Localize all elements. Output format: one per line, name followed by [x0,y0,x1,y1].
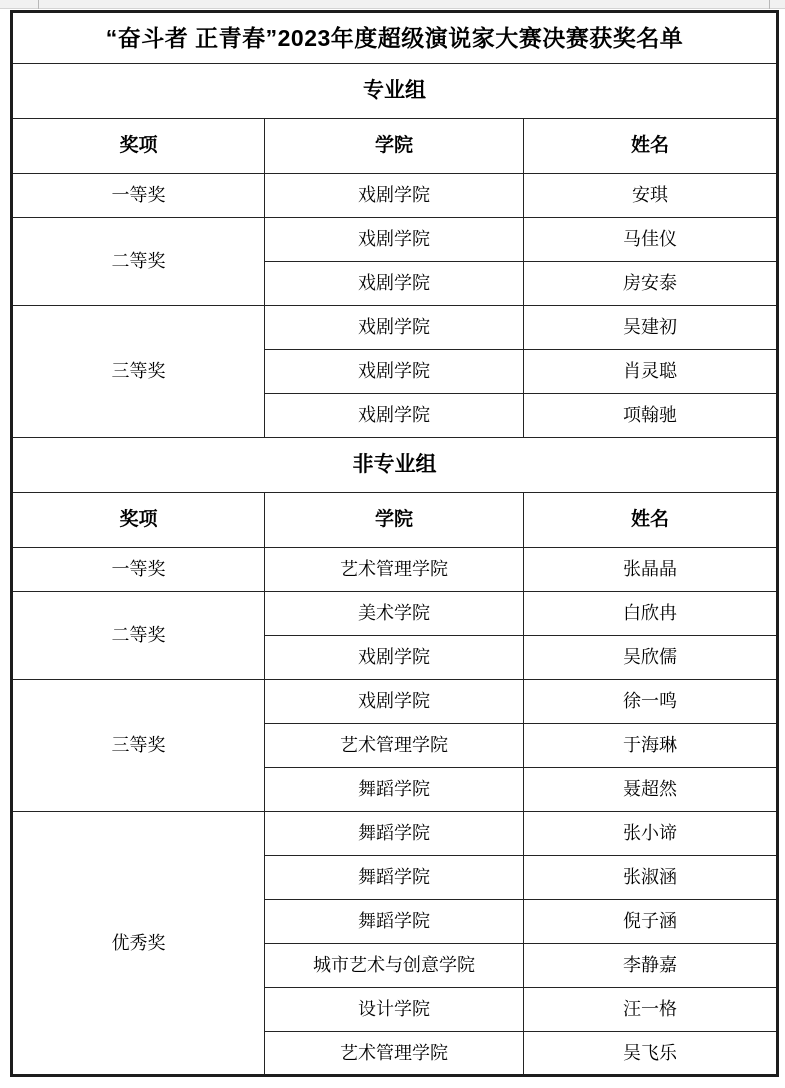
column-header-award: 奖项 [12,119,265,174]
college-cell: 美术学院 [265,592,524,636]
award-cell: 一等奖 [12,174,265,218]
college-cell: 舞蹈学院 [265,856,524,900]
award-winners-table: “奋斗者 正青春”2023年度超级演说家大赛决赛获奖名单专业组奖项学院姓名一等奖… [10,10,779,1077]
name-cell: 项翰驰 [524,394,778,438]
name-cell: 房安泰 [524,262,778,306]
column-header-name: 姓名 [524,119,778,174]
award-cell: 二等奖 [12,218,265,306]
college-cell: 戏剧学院 [265,262,524,306]
award-cell: 三等奖 [12,680,265,812]
college-cell: 舞蹈学院 [265,900,524,944]
gridline-tick [769,0,770,9]
name-cell: 肖灵聪 [524,350,778,394]
name-cell: 李静嘉 [524,944,778,988]
college-cell: 戏剧学院 [265,394,524,438]
column-header-name: 姓名 [524,493,778,548]
college-cell: 舞蹈学院 [265,812,524,856]
name-cell: 于海琳 [524,724,778,768]
college-cell: 戏剧学院 [265,350,524,394]
award-cell: 一等奖 [12,548,265,592]
table-row: 二等奖戏剧学院马佳仪 [12,218,778,262]
name-cell: 吴建初 [524,306,778,350]
table-row: 一等奖艺术管理学院张晶晶 [12,548,778,592]
college-cell: 舞蹈学院 [265,768,524,812]
document-page: “奋斗者 正青春”2023年度超级演说家大赛决赛获奖名单专业组奖项学院姓名一等奖… [0,0,785,1088]
group-title: 专业组 [12,64,778,119]
college-cell: 艺术管理学院 [265,548,524,592]
name-cell: 张小谛 [524,812,778,856]
name-cell: 张晶晶 [524,548,778,592]
name-cell: 倪子涵 [524,900,778,944]
column-header-award: 奖项 [12,493,265,548]
table-row: 二等奖美术学院白欣冉 [12,592,778,636]
table-title-row: “奋斗者 正青春”2023年度超级演说家大赛决赛获奖名单 [12,12,778,64]
award-cell: 三等奖 [12,306,265,438]
college-cell: 戏剧学院 [265,680,524,724]
college-cell: 戏剧学院 [265,306,524,350]
college-cell: 戏剧学院 [265,174,524,218]
column-header-row: 奖项学院姓名 [12,493,778,548]
name-cell: 安琪 [524,174,778,218]
name-cell: 聂超然 [524,768,778,812]
name-cell: 吴欣儒 [524,636,778,680]
college-cell: 戏剧学院 [265,218,524,262]
gridline-tick [38,0,39,9]
table-title: “奋斗者 正青春”2023年度超级演说家大赛决赛获奖名单 [12,12,778,64]
college-cell: 戏剧学院 [265,636,524,680]
table-row: 优秀奖舞蹈学院张小谛 [12,812,778,856]
college-cell: 设计学院 [265,988,524,1032]
group-section-row: 非专业组 [12,438,778,493]
name-cell: 徐一鸣 [524,680,778,724]
column-header-college: 学院 [265,119,524,174]
college-cell: 艺术管理学院 [265,724,524,768]
table-row: 三等奖戏剧学院吴建初 [12,306,778,350]
column-header-college: 学院 [265,493,524,548]
name-cell: 吴飞乐 [524,1032,778,1076]
award-cell: 优秀奖 [12,812,265,1076]
group-title: 非专业组 [12,438,778,493]
column-header-row: 奖项学院姓名 [12,119,778,174]
college-cell: 艺术管理学院 [265,1032,524,1076]
spreadsheet-gridline-remnant [0,0,785,9]
group-section-row: 专业组 [12,64,778,119]
name-cell: 汪一格 [524,988,778,1032]
name-cell: 白欣冉 [524,592,778,636]
name-cell: 张淑涵 [524,856,778,900]
name-cell: 马佳仪 [524,218,778,262]
award-cell: 二等奖 [12,592,265,680]
table-row: 一等奖戏剧学院安琪 [12,174,778,218]
table-row: 三等奖戏剧学院徐一鸣 [12,680,778,724]
college-cell: 城市艺术与创意学院 [265,944,524,988]
